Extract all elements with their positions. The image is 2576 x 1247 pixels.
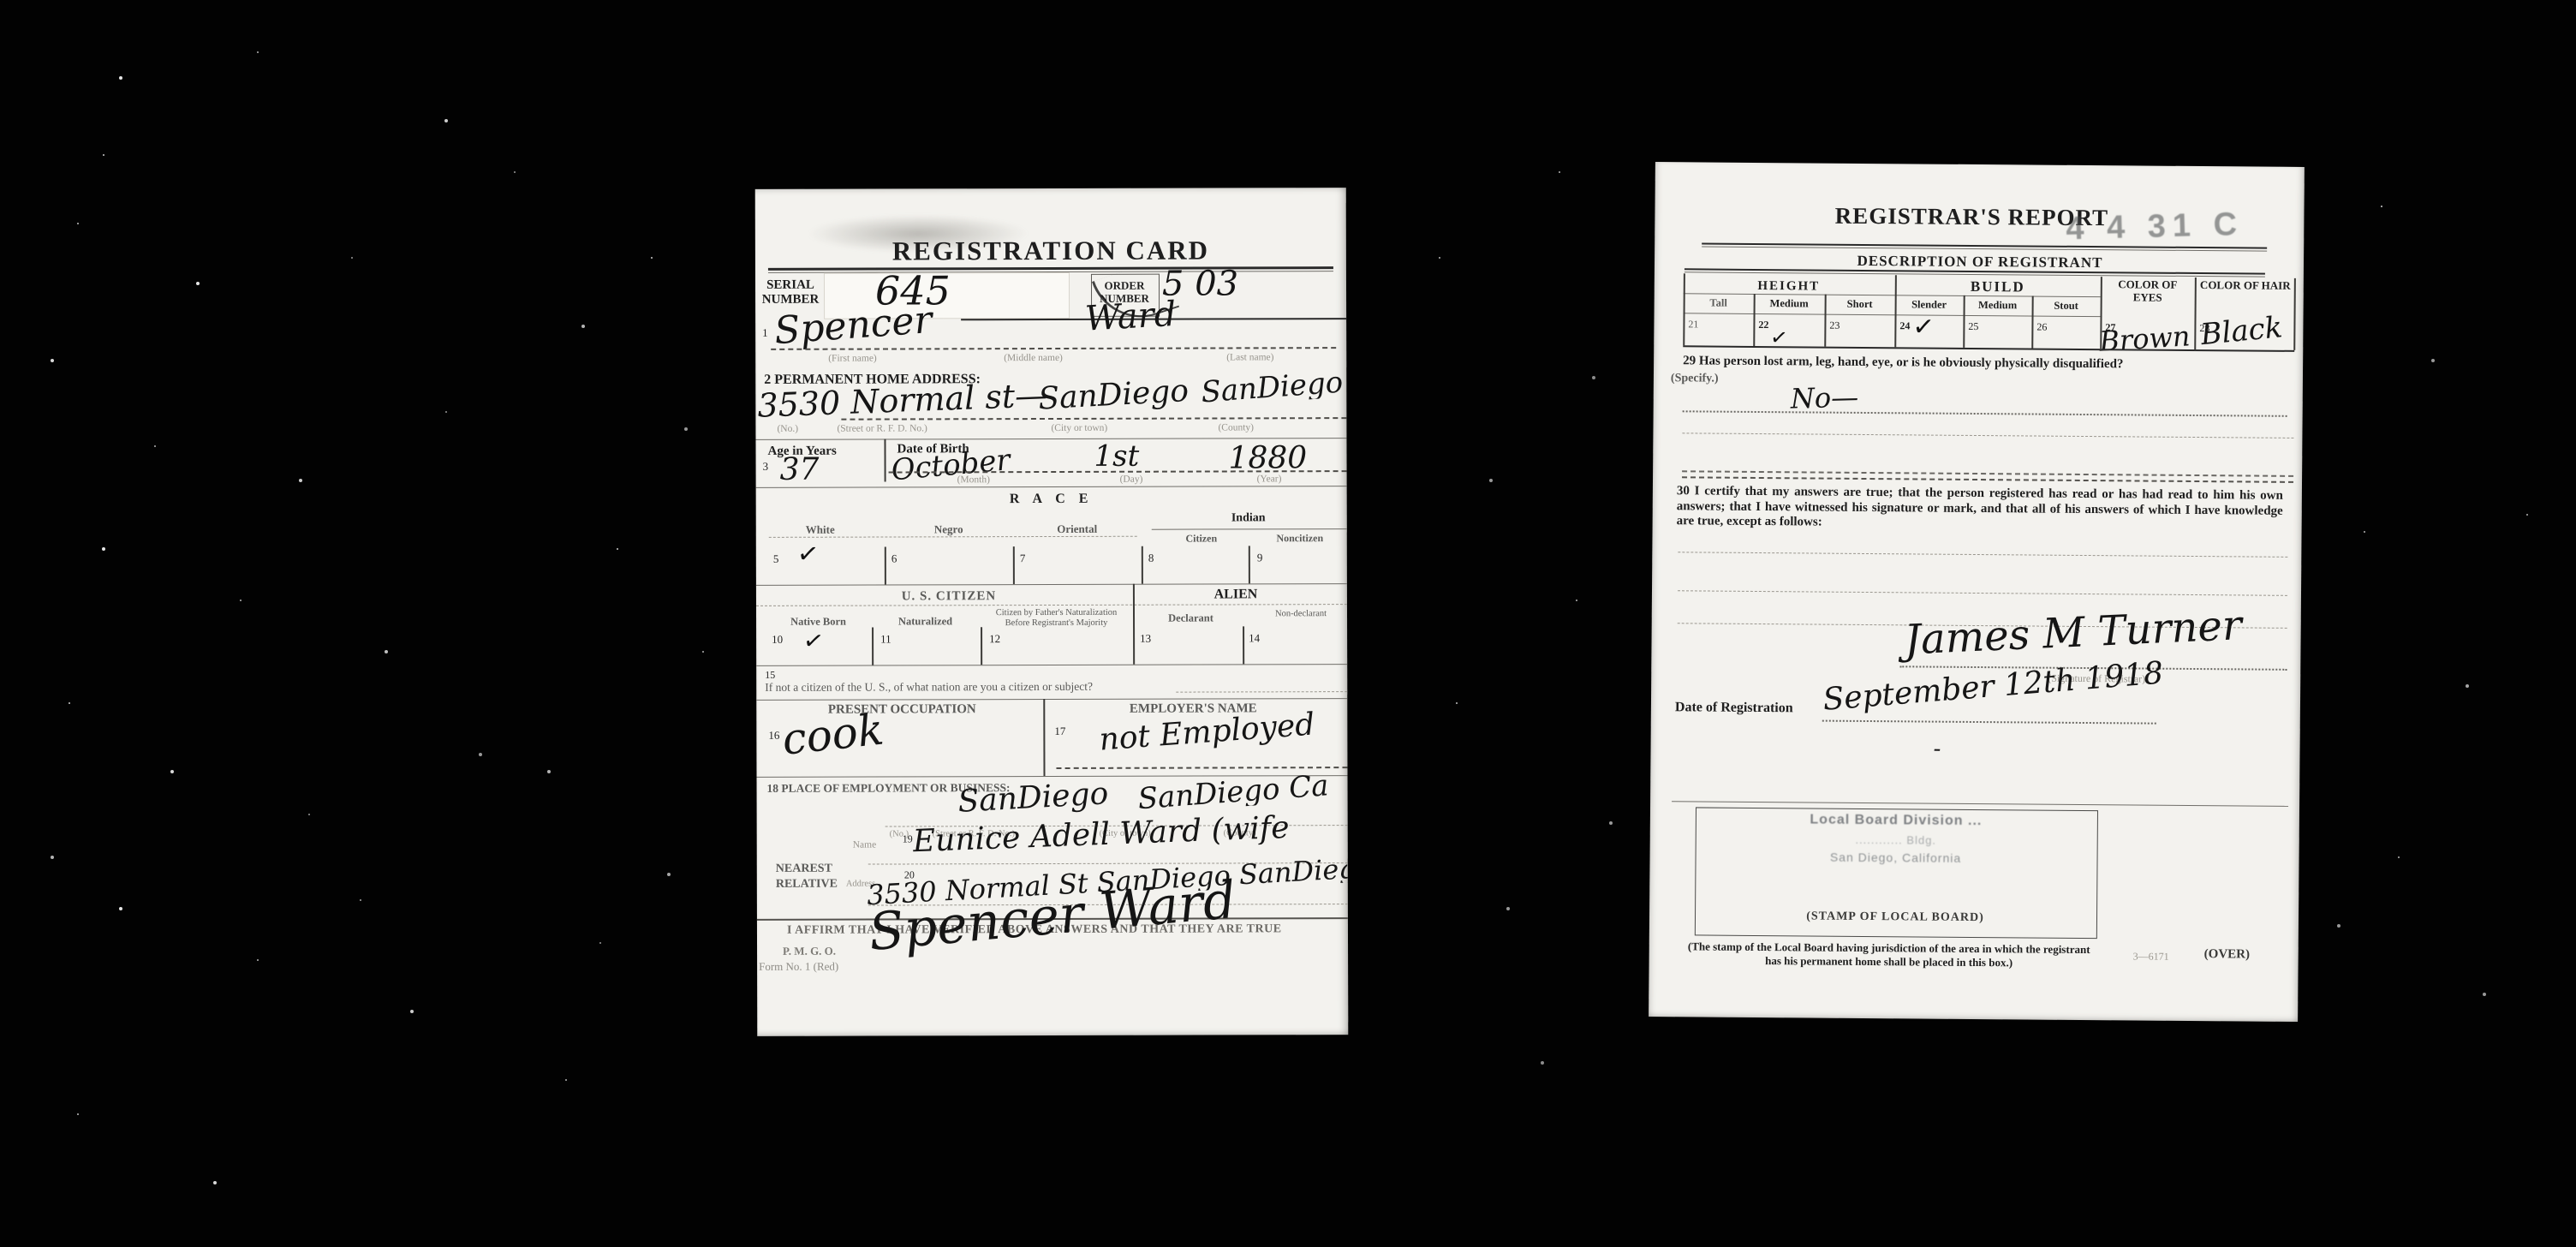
- registrar-signature: James M Turner: [1904, 605, 2243, 660]
- blank-line: [1682, 433, 2293, 439]
- box-12-number: 12: [989, 632, 1000, 646]
- middle-name-sublabel: (Middle name): [1004, 353, 1063, 363]
- box-11-number: 11: [880, 632, 891, 646]
- registrars-report-card: REGISTRAR'S REPORT 4 4 31 C DESCRIPTION …: [1649, 162, 2305, 1022]
- color-of-hair-header: COLOR OF HAIR: [2199, 278, 2292, 292]
- box-6-number: 6: [891, 552, 897, 565]
- divider: [872, 628, 874, 665]
- race-oriental-label: Oriental: [1022, 522, 1133, 536]
- race-citizen-label: Citizen: [1159, 532, 1244, 545]
- box-25-number: 25: [1968, 320, 1978, 333]
- serial-number-label: SERIAL NUMBER: [760, 278, 820, 307]
- answer-line: [1683, 410, 2287, 417]
- declarant-label: Declarant: [1146, 612, 1236, 624]
- handwritten-last-name: Ward: [1084, 297, 1177, 337]
- divider: [1824, 295, 1826, 347]
- day-sublabel: (Day): [1120, 474, 1143, 485]
- employer-baseline: [1056, 767, 1347, 769]
- rule: [1684, 313, 2101, 317]
- handwritten-birth-year: 1880: [1228, 443, 1346, 474]
- box-9-number: 9: [1257, 551, 1263, 564]
- city-sublabel: (City or town): [1051, 423, 1107, 433]
- address-baseline: [841, 417, 1346, 421]
- rule: [755, 438, 1346, 440]
- relative-name-sublabel: Name: [853, 840, 877, 850]
- box-7-number: 7: [1020, 552, 1026, 565]
- file-number-stamp: 4 4 31 C: [2066, 206, 2245, 248]
- divider: [1142, 546, 1143, 584]
- race-noncitizen-label: Noncitizen: [1253, 532, 1347, 545]
- race-indian-label: Indian: [1159, 511, 1339, 526]
- nearest-relative-label-1: NEAREST: [776, 862, 832, 876]
- line-15-question: If not a citizen of the U. S., of what n…: [765, 680, 1093, 695]
- line-19-number: 19: [903, 832, 913, 845]
- question-29-text: 29 Has person lost arm, leg, hand, eye, …: [1683, 354, 2123, 372]
- indian-rule: [1152, 528, 1347, 530]
- line-15-number: 15: [765, 669, 775, 682]
- over-label: (OVER): [2204, 947, 2250, 962]
- box-22-number: 22: [1758, 319, 1768, 331]
- card-title: REGISTRATION CARD: [871, 235, 1231, 266]
- color-of-eyes-header: COLOR OF EYES: [2105, 277, 2191, 304]
- pmgo-form-label: P. M. G. O.: [783, 945, 836, 958]
- blank-line: [1682, 470, 2293, 477]
- answer-line: [1176, 691, 1347, 693]
- box-26-number: 26: [2036, 321, 2047, 334]
- box-5-number: 5: [773, 552, 779, 566]
- box-10-number: 10: [772, 633, 783, 647]
- handwritten-q29-answer: No—: [1790, 384, 1858, 413]
- box-21-number: 21: [1688, 318, 1698, 331]
- question-29-specify: (Specify.): [1671, 372, 1719, 385]
- alien-heading: ALIEN: [1176, 587, 1296, 602]
- race-white-checkmark: ✓: [796, 540, 820, 569]
- build-header: BUILD: [1912, 277, 2084, 296]
- box-23-number: 23: [1829, 319, 1840, 332]
- native-born-checkmark: ✓: [802, 628, 826, 655]
- handwritten-city: SanDiego: [1037, 376, 1189, 415]
- film-speckles: [0, 0, 2, 2]
- date-of-registration-label: Date of Registration: [1675, 700, 1793, 716]
- handwritten-employment-city: SanDiego: [957, 779, 1109, 818]
- local-board-stamp-line-1: Local Board Division ...: [1696, 811, 2096, 830]
- slender-label: Slender: [1895, 298, 1964, 312]
- handwritten-first-name: Spencer: [773, 301, 933, 350]
- rule: [1672, 801, 2288, 807]
- non-declarant-label: Non-declarant: [1255, 609, 1347, 619]
- handwritten-occupation: cook: [780, 707, 885, 761]
- handwritten-county-state: SanDiego Cal: [1200, 367, 1347, 407]
- county-sublabel: (County): [1218, 422, 1254, 433]
- divider: [1043, 699, 1045, 776]
- handwritten-birth-day: 1st: [1094, 442, 1139, 471]
- box-24-number: 24: [1899, 319, 1910, 332]
- divider: [1249, 546, 1250, 583]
- height-medium-label: Medium: [1754, 297, 1825, 311]
- first-name-sublabel: (First name): [828, 354, 877, 364]
- divider: [1894, 275, 1896, 347]
- race-negro-label: Negro: [893, 522, 1005, 536]
- line-17-number: 17: [1054, 725, 1065, 738]
- table-border: [1683, 273, 1685, 345]
- race-heading: R A C E: [756, 491, 1347, 508]
- name-baseline: [771, 347, 1336, 350]
- month-sublabel: (Month): [957, 474, 990, 485]
- date-line: [1822, 720, 2156, 725]
- year-sublabel: (Year): [1257, 474, 1282, 484]
- stout-label: Stout: [2032, 299, 2101, 313]
- stray-pen-mark: -: [1933, 738, 1941, 761]
- box-14-number: 14: [1249, 631, 1260, 645]
- box-13-number: 13: [1140, 632, 1151, 646]
- nearest-relative-label-2: RELATIVE: [776, 878, 838, 892]
- divider: [1013, 546, 1015, 584]
- line-16-number: 16: [768, 729, 779, 743]
- stamp-instruction-note: (The stamp of the Local Board having jur…: [1684, 940, 2095, 970]
- line-1-number: 1: [762, 326, 768, 340]
- handwritten-street: 3530 Normal st—: [757, 379, 1048, 422]
- citizen-by-father-label: Citizen by Father's Naturalization Befor…: [986, 608, 1127, 629]
- tall-label: Tall: [1684, 296, 1754, 310]
- no-sublabel: (No.): [777, 424, 798, 434]
- blank-line: [1678, 552, 2287, 558]
- blank-line: [1678, 590, 2287, 596]
- order-number-value: 5 03: [1162, 266, 1346, 301]
- registration-card: REGISTRATION CARD SERIAL NUMBER 645 ORDE…: [755, 188, 1349, 1036]
- divider: [2194, 277, 2196, 349]
- box-8-number: 8: [1148, 552, 1154, 565]
- height-header: HEIGHT: [1708, 279, 1870, 295]
- race-white-label: White: [773, 523, 868, 537]
- rule: [769, 536, 1137, 538]
- handwritten-hair-color: Black: [2199, 311, 2305, 349]
- divider: [884, 439, 885, 482]
- divider: [1243, 626, 1244, 664]
- handwritten-birth-month: October: [890, 445, 1011, 485]
- short-label: Short: [1825, 298, 1895, 312]
- line-3-number: 3: [763, 460, 769, 474]
- divider: [1963, 295, 1965, 348]
- rule: [756, 486, 1347, 488]
- build-medium-label: Medium: [1964, 299, 2032, 313]
- divider: [885, 547, 886, 585]
- rule: [756, 583, 1347, 586]
- certification-text: 30 I certify that my answers are true; t…: [1677, 484, 2283, 534]
- handwritten-age: 37: [780, 455, 820, 486]
- divider: [981, 627, 982, 665]
- last-name-sublabel: (Last name): [1226, 352, 1273, 362]
- microfilm-scan: REGISTRATION CARD SERIAL NUMBER 645 ORDE…: [0, 0, 2576, 1247]
- form-number-note: Form No. 1 (Red): [759, 960, 838, 974]
- us-citizen-heading: U. S. CITIZEN: [808, 589, 1090, 605]
- street-sublabel: (Street or R. F. D. No.): [837, 423, 927, 433]
- divider: [2031, 295, 2033, 348]
- build-slender-checkmark: ✓: [1911, 313, 1935, 341]
- divider: [1753, 294, 1755, 346]
- form-print-code: 3—6171: [2133, 950, 2169, 963]
- divider: [1133, 584, 1135, 665]
- blank-line: [1682, 476, 2293, 483]
- rule: [756, 698, 1347, 701]
- rule: [756, 664, 1347, 666]
- naturalized-label: Naturalized: [876, 615, 975, 628]
